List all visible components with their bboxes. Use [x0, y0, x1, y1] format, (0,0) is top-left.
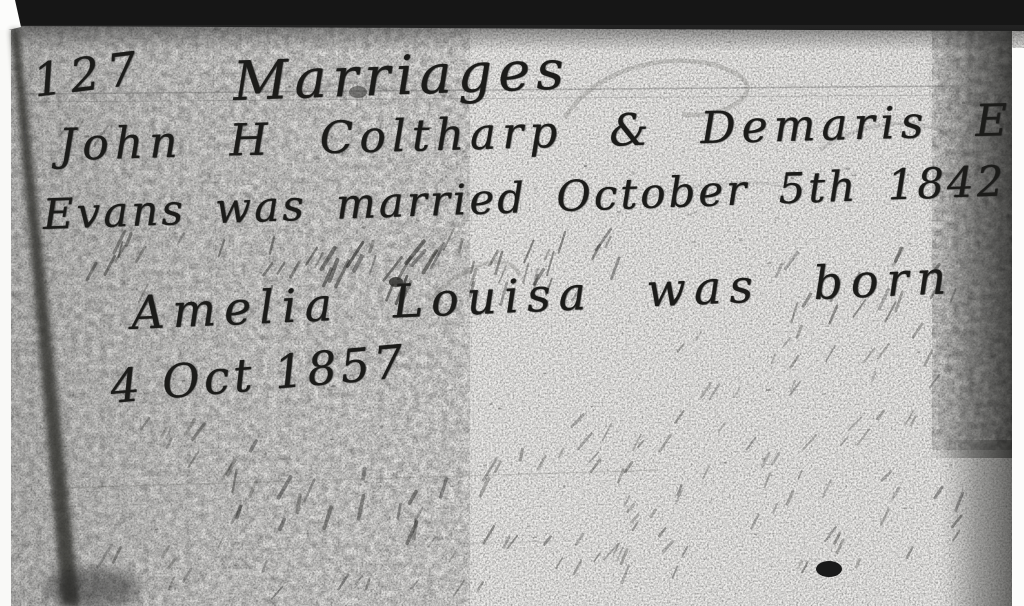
top-border-fade [0, 25, 1024, 51]
ink-blob-bottom-right [816, 561, 842, 577]
right-white-margin [1012, 48, 1024, 606]
ink-smudge-header [349, 86, 367, 98]
paper-texture-layer [0, 0, 1024, 606]
left-white-margin [0, 30, 11, 606]
right-coarse-grain [932, 20, 1012, 450]
scanned-register-page: 127 Marriages John H Coltharp & Demaris … [0, 0, 1024, 606]
